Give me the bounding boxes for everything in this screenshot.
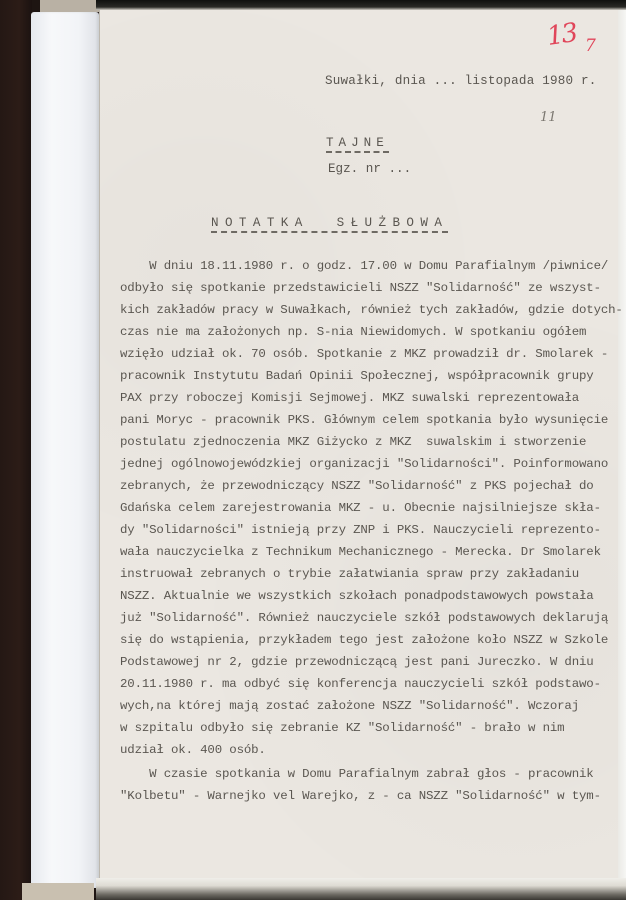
binder-cap-top [40, 0, 100, 12]
body-line: w szpitalu odbyło się zebranie KZ "Solid… [120, 721, 564, 735]
body-line: udział ok. 400 osób. [120, 743, 266, 757]
copy-number: Egz. nr ... [328, 162, 411, 176]
body-line: czas nie ma założonych np. S-nia Niewido… [120, 325, 586, 339]
document-page: 13 7 Suwałki, dnia ... listopada 1980 r.… [99, 10, 618, 878]
body-line: wzięło udział ok. 70 osób. Spotkanie z M… [120, 347, 608, 361]
page-right-edge [617, 10, 626, 878]
body-line: W dniu 18.11.1980 r. o godz. 17.00 w Dom… [120, 259, 608, 273]
document-title: NOTATKA SŁUŻBOWA [211, 216, 448, 233]
page-top-edge [96, 0, 626, 10]
body-line: jednej ogólnowojewódzkiej organizacji "S… [120, 457, 608, 471]
body-line: "Kolbetu" - Warnejko vel Warejko, z - ca… [120, 789, 601, 803]
body-line: 20.11.1980 r. ma odbyć się konferencja n… [120, 677, 601, 691]
binder-strip [31, 12, 99, 888]
body-line: postulatu zjednoczenia MKZ Giżycko z MKZ… [120, 435, 586, 449]
body-line: kich zakładów pracy w Suwałkach, również… [120, 303, 623, 317]
body-line: pani Moryc - pracownik PKS. Głównym cele… [120, 413, 608, 427]
body-line: wych,na której mają zostać założone NSZZ… [120, 699, 579, 713]
page-bottom-edge [96, 878, 626, 900]
scan-background [0, 0, 32, 900]
body-line: odbyło się spotkanie przedstawicieli NSZ… [120, 281, 601, 295]
body-line: się do wstąpienia, przykładem tego jest … [120, 633, 608, 647]
date-line: Suwałki, dnia ... listopada 1980 r. [325, 74, 597, 88]
binder-cap-bottom [22, 883, 94, 900]
body-line: Gdańska celem zarejestrowania MKZ - u. O… [120, 501, 601, 515]
folio-sub-number: 7 [585, 36, 596, 56]
body-line: instruował zebranych o trybie załatwiani… [120, 567, 579, 581]
body-line: pracownik Instytutu Badań Opinii Społecz… [120, 369, 594, 383]
body-line: zebranych, że przewodniczący NSZZ "Solid… [120, 479, 594, 493]
body-line: PAX przy roboczej Komisji Sejmowej. MKZ … [120, 391, 579, 405]
folio-number: 13 [545, 18, 578, 52]
classification-label: TAJNE [326, 136, 389, 153]
pencil-mark: 11 [540, 110, 557, 125]
body-line: już "Solidarność". Również nauczyciele s… [120, 611, 608, 625]
body-line: Podstawowej nr 2, gdzie przewodniczącą j… [120, 655, 594, 669]
body-line: wała nauczycielka z Technikum Mechaniczn… [120, 545, 601, 559]
body-line: W czasie spotkania w Domu Parafialnym za… [120, 767, 594, 781]
body-line: dy "Solidarności" istnieją przy ZNP i PK… [120, 523, 601, 537]
body-line: NSZZ. Aktualnie we wszystkich szkołach p… [120, 589, 594, 603]
